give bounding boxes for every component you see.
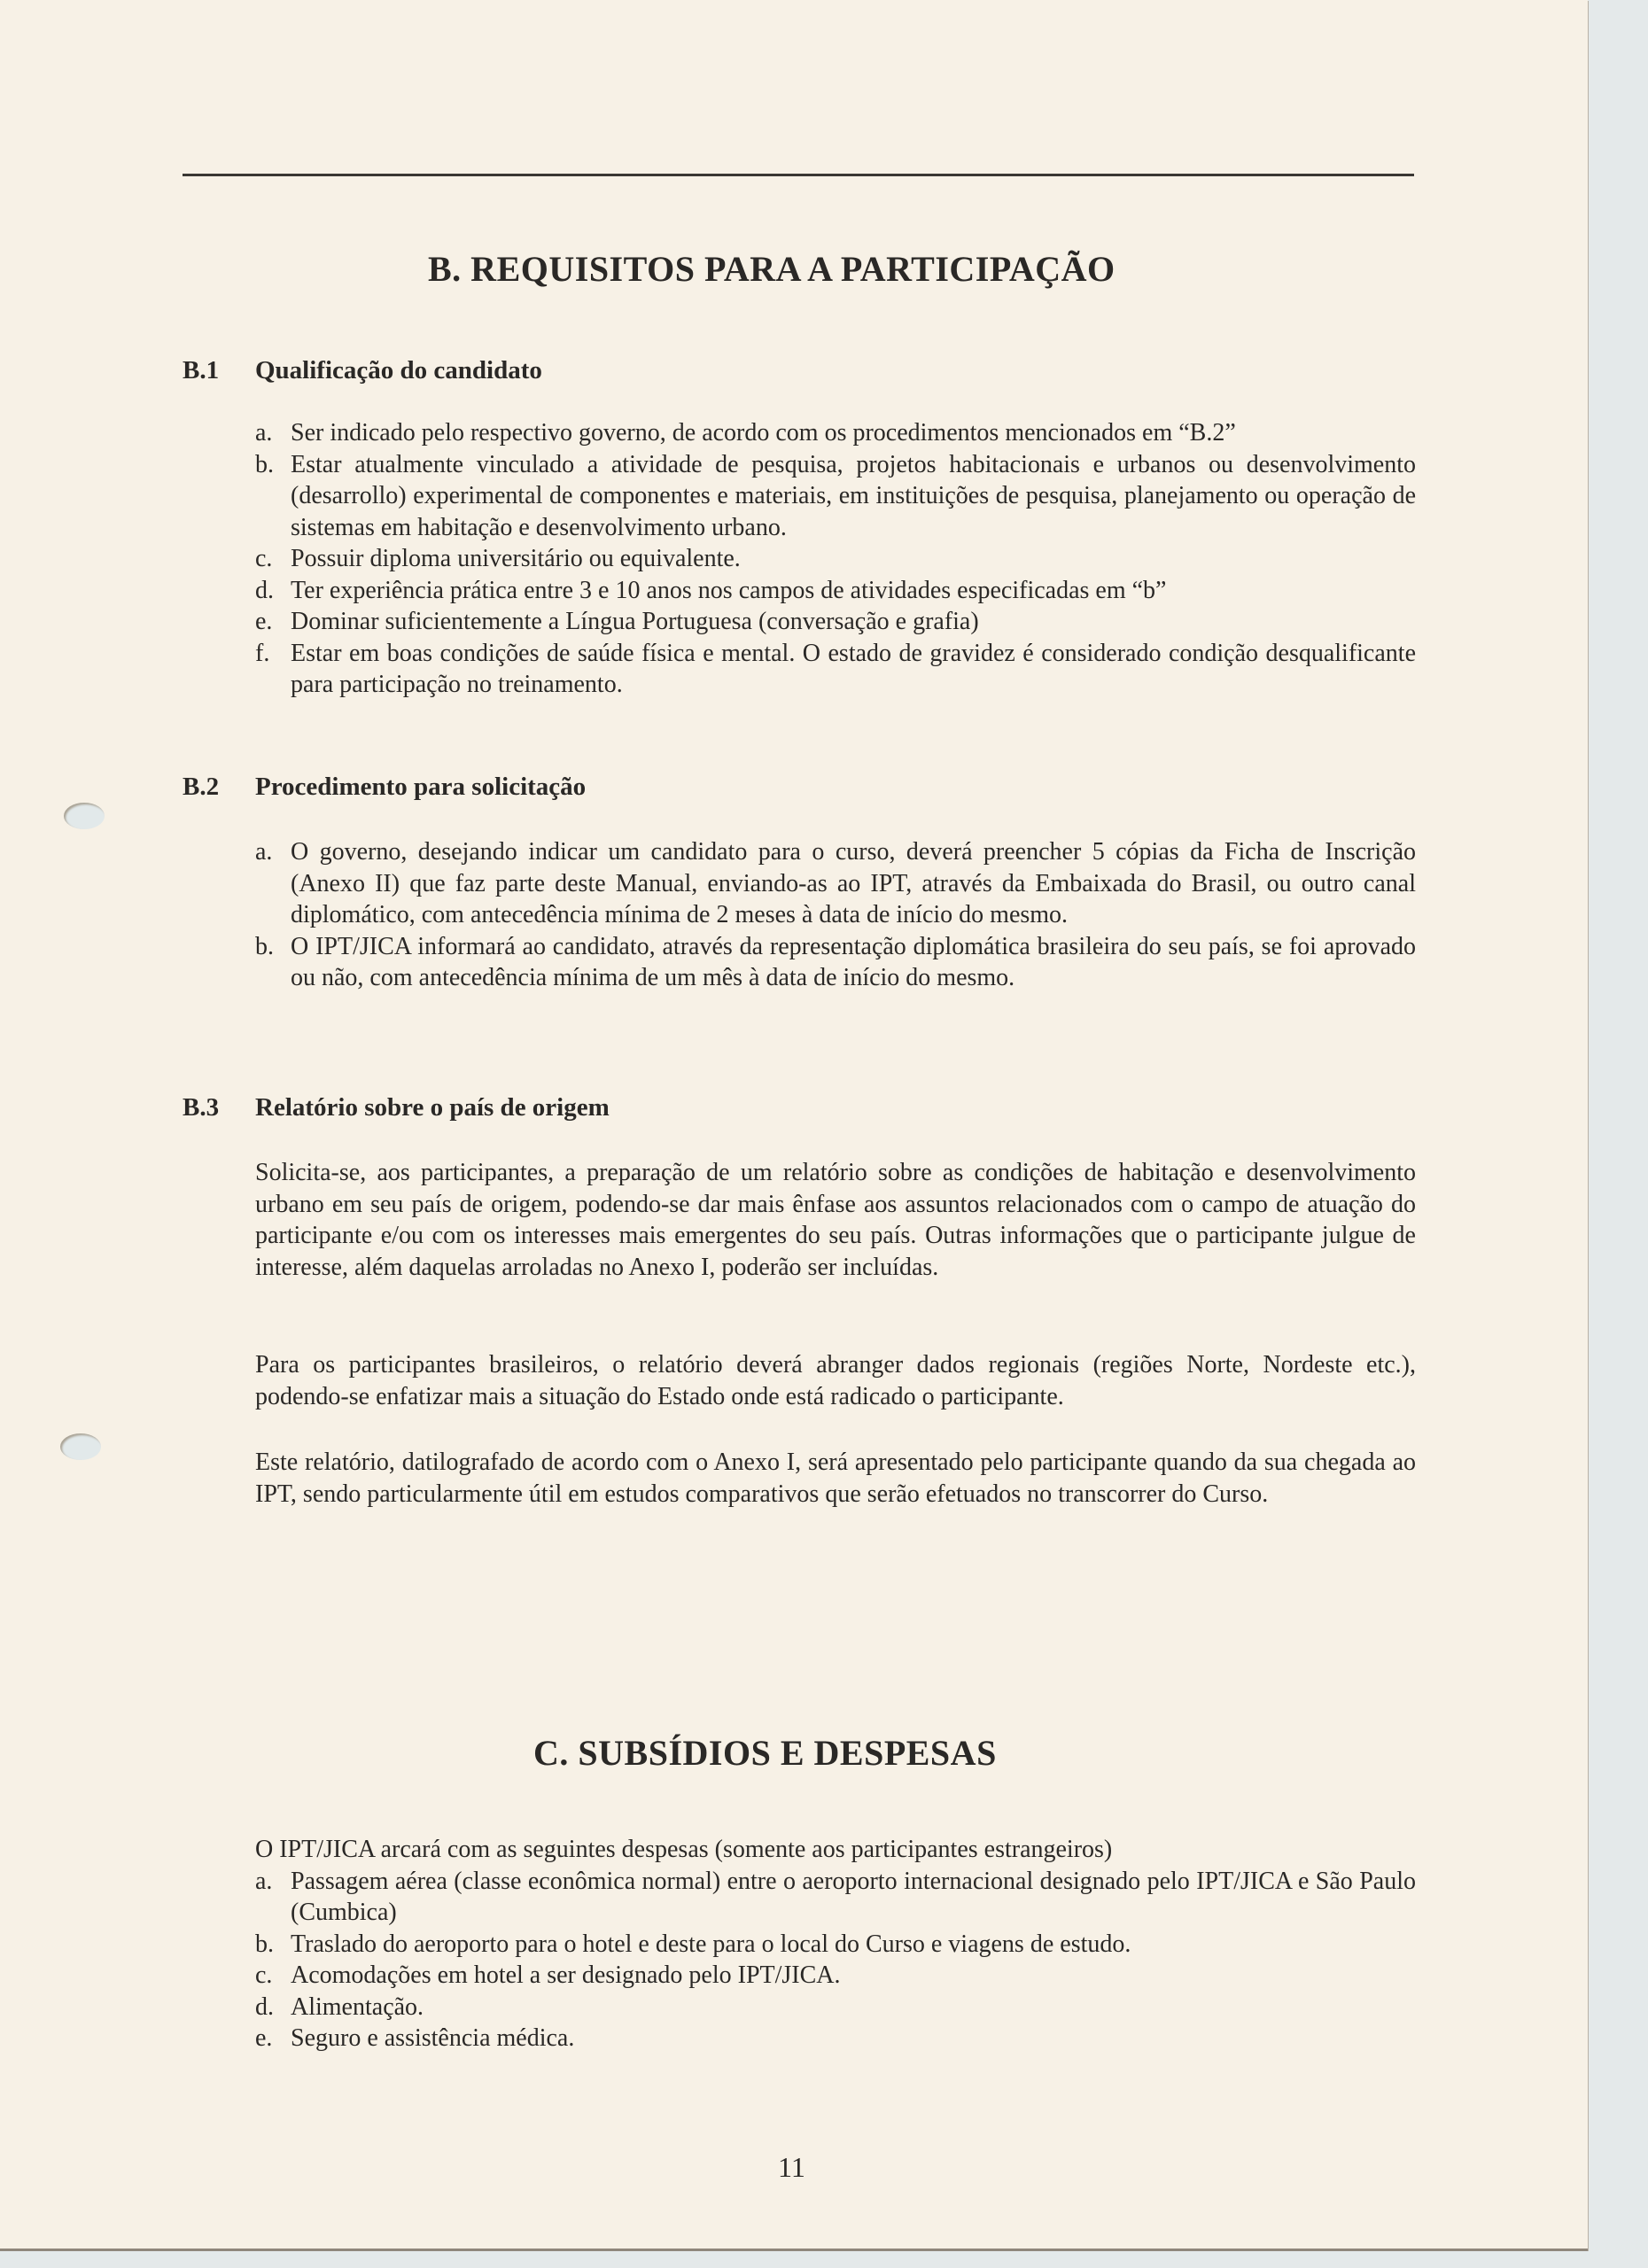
b1-number: B.1 xyxy=(183,356,255,385)
punch-hole-top xyxy=(64,803,105,829)
page-number: 11 xyxy=(778,2151,805,2184)
header-rule xyxy=(183,174,1414,176)
punch-hole-bottom xyxy=(60,1433,101,1460)
b1-heading: B.1Qualificação do candidato xyxy=(183,356,542,385)
list-item: d.Alimentação. xyxy=(255,1992,1416,2023)
document-page: B. REQUISITOS PARA A PARTICIPAÇÃO B.1Qua… xyxy=(0,0,1588,2250)
section-b-title: B. REQUISITOS PARA A PARTICIPAÇÃO xyxy=(428,248,1116,290)
list-item: a.Passagem aérea (classe econômica norma… xyxy=(255,1866,1416,1929)
list-item: b.O IPT/JICA informará ao candidato, atr… xyxy=(255,931,1416,994)
list-item: c.Acomodações em hotel a ser designado p… xyxy=(255,1960,1416,1992)
b2-list: a.O governo, desejando indicar um candid… xyxy=(255,836,1416,994)
paper-bottom-edge xyxy=(0,2249,1588,2251)
b1-title: Qualificação do candidato xyxy=(255,356,542,384)
list-item: a.Ser indicado pelo respectivo governo, … xyxy=(255,417,1416,449)
section-c-intro: O IPT/JICA arcará com as seguintes despe… xyxy=(255,1834,1416,1866)
b3-number: B.3 xyxy=(183,1093,255,1122)
b3-title: Relatório sobre o país de origem xyxy=(255,1093,610,1122)
b1-list-block: a.Ser indicado pelo respectivo governo, … xyxy=(255,417,1416,701)
b1-list: a.Ser indicado pelo respectivo governo, … xyxy=(255,417,1416,701)
section-c-list: a.Passagem aérea (classe econômica norma… xyxy=(255,1866,1416,2054)
list-item: d.Ter experiência prática entre 3 e 10 a… xyxy=(255,575,1416,607)
b3-paragraph-3: Este relatório, datilografado de acordo … xyxy=(255,1447,1416,1510)
b3-paragraph-1: Solicita-se, aos participantes, a prepar… xyxy=(255,1157,1416,1283)
list-item: a.O governo, desejando indicar um candid… xyxy=(255,836,1416,931)
b3-paragraph-2: Para os participantes brasileiros, o rel… xyxy=(255,1349,1416,1412)
list-item: b.Estar atualmente vinculado a atividade… xyxy=(255,449,1416,544)
list-item: c.Possuir diploma universitário ou equiv… xyxy=(255,543,1416,575)
list-item: e.Seguro e assistência médica. xyxy=(255,2023,1416,2054)
b2-heading: B.2Procedimento para solicitação xyxy=(183,773,586,802)
b2-number: B.2 xyxy=(183,773,255,802)
b2-list-block: a.O governo, desejando indicar um candid… xyxy=(255,836,1416,994)
b2-title: Procedimento para solicitação xyxy=(255,773,586,801)
list-item: e.Dominar suficientemente a Língua Portu… xyxy=(255,606,1416,638)
section-c-title: C. SUBSÍDIOS E DESPESAS xyxy=(533,1732,997,1774)
section-c-block: O IPT/JICA arcará com as seguintes despe… xyxy=(255,1834,1416,2054)
list-item: b.Traslado do aeroporto para o hotel e d… xyxy=(255,1929,1416,1961)
b3-heading: B.3Relatório sobre o país de origem xyxy=(183,1093,610,1122)
list-item: f.Estar em boas condições de saúde físic… xyxy=(255,638,1416,701)
